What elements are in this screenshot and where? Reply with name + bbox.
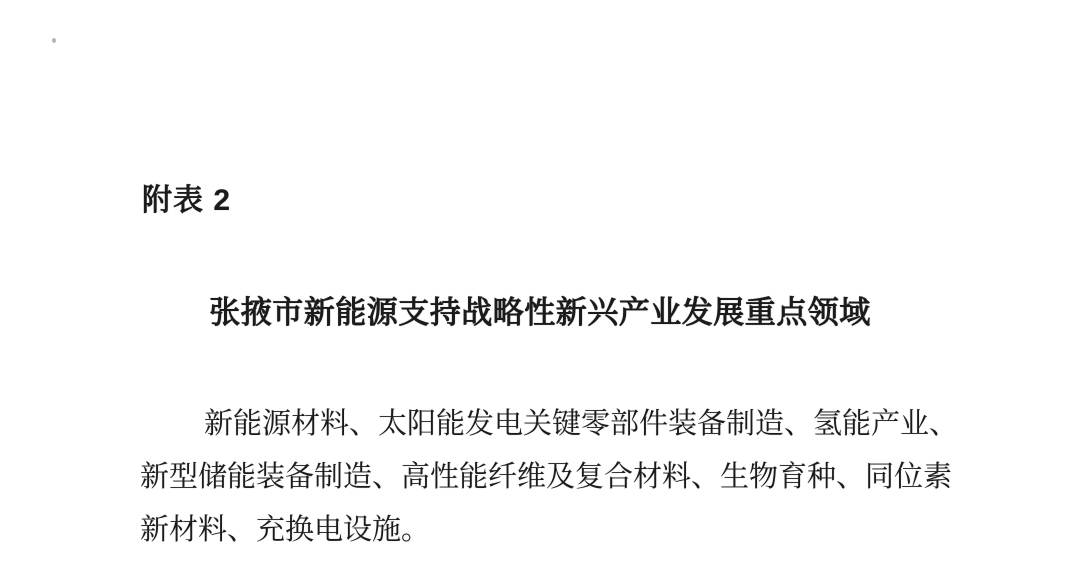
paragraph-line-2: 新型储能装备制造、高性能纤维及复合材料、生物育种、同位素 <box>140 451 947 504</box>
document-title: 张掖市新能源支持战略性新兴产业发展重点领域 <box>90 291 990 335</box>
document-page: 附表 2 张掖市新能源支持战略性新兴产业发展重点领域 新能源材料、太阳能发电关键… <box>0 0 1080 578</box>
paragraph-line-1: 新能源材料、太阳能发电关键零部件装备制造、氢能产业、 <box>140 398 947 451</box>
scan-speck-artifact <box>52 38 56 43</box>
appendix-label: 附表 2 <box>142 183 231 219</box>
body-paragraph: 新能源材料、太阳能发电关键零部件装备制造、氢能产业、 新型储能装备制造、高性能纤… <box>140 398 947 557</box>
paragraph-line-3: 新材料、充换电设施。 <box>140 504 947 557</box>
